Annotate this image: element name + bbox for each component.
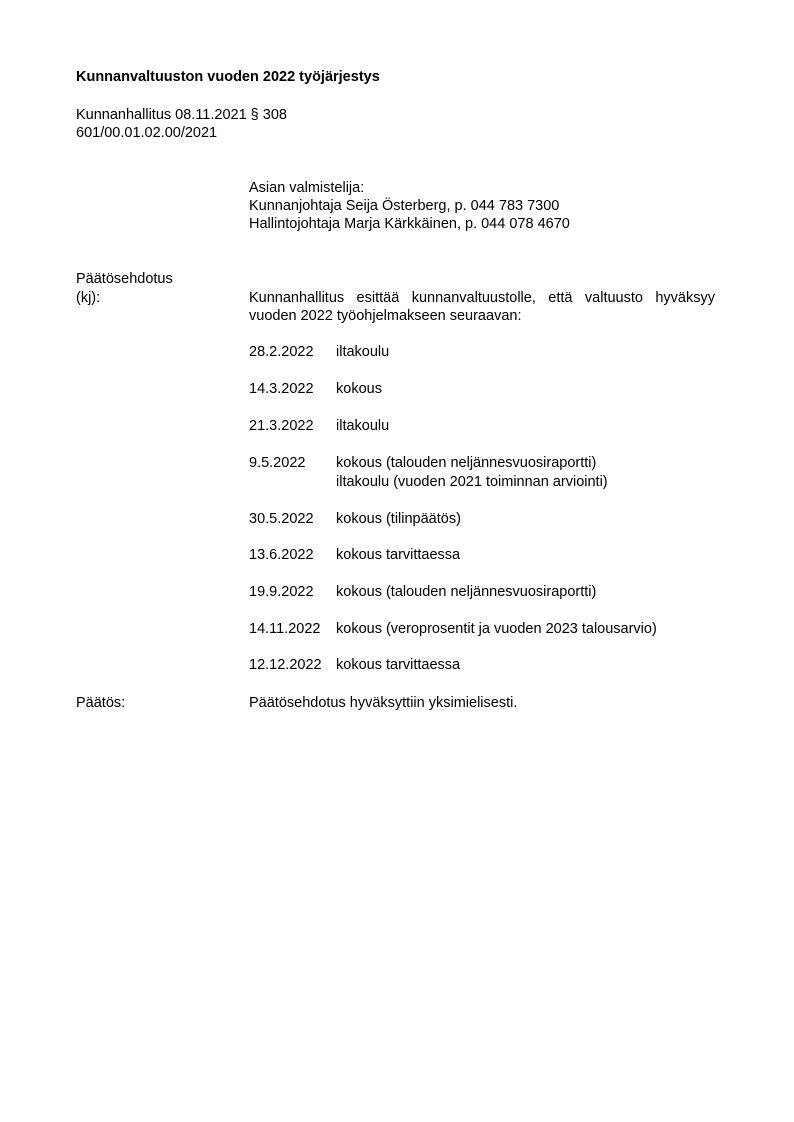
schedule-date: 9.5.2022 [249,454,305,473]
schedule-description: kokous [336,380,382,399]
schedule-date: 28.2.2022 [249,343,314,362]
proposal-label-kj: (kj): [76,289,100,308]
schedule-date: 14.3.2022 [249,380,314,399]
schedule-date: 21.3.2022 [249,417,314,436]
schedule-description-extra: iltakoulu (vuoden 2021 toiminnan arvioin… [336,473,608,492]
decision-label: Päätös: [76,694,125,713]
schedule-description: iltakoulu [336,343,389,362]
schedule-date: 30.5.2022 [249,510,314,529]
schedule-description: kokous (talouden neljännesvuosiraportti) [336,583,596,602]
schedule-date: 19.9.2022 [249,583,314,602]
schedule-date: 13.6.2022 [249,546,314,565]
meeting-reference: Kunnanhallitus 08.11.2021 § 308 [76,106,287,125]
proposal-label: Päätösehdotus [76,270,173,289]
record-number: 601/00.01.02.00/2021 [76,124,217,143]
preparer-line: Hallintojohtaja Marja Kärkkäinen, p. 044… [249,215,570,234]
schedule-description: kokous (veroprosentit ja vuoden 2023 tal… [336,620,657,639]
schedule-date: 12.12.2022 [249,656,322,675]
schedule-description: iltakoulu [336,417,389,436]
proposal-text: Kunnanhallitus esittää kunnanvaltuustoll… [249,289,715,308]
schedule-description: kokous (talouden neljännesvuosiraportti) [336,454,596,473]
decision-text: Päätösehdotus hyväksyttiin yksimielisest… [249,694,517,713]
proposal-text-continued: vuoden 2022 työohjelmakseen seuraavan: [249,307,521,326]
schedule-description: kokous tarvittaessa [336,546,460,565]
document-title: Kunnanvaltuuston vuoden 2022 työjärjesty… [76,68,380,87]
preparer-line: Kunnanjohtaja Seija Österberg, p. 044 78… [249,197,559,216]
preparers-heading: Asian valmistelija: [249,179,364,198]
schedule-date: 14.11.2022 [249,620,321,639]
schedule-description: kokous tarvittaessa [336,656,460,675]
schedule-description: kokous (tilinpäätös) [336,510,461,529]
